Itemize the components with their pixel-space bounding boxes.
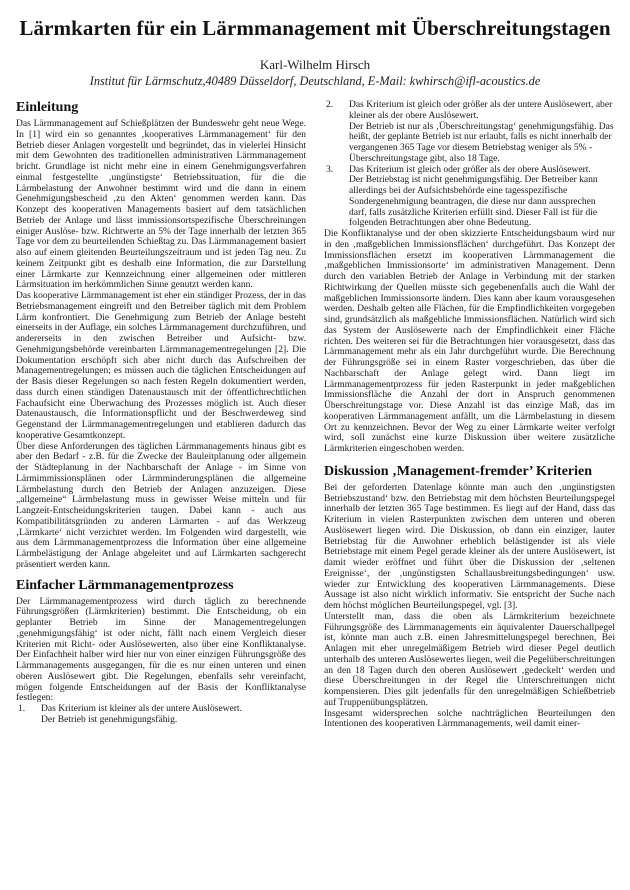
paragraph: Das Lärmmanagement auf Schießplätzen der… [16, 119, 306, 291]
list-item: 3. Das Kriterium ist gleich oder größer … [324, 165, 615, 230]
list-item-consequence: Der Betriebstag ist nicht genehmigungsfä… [349, 175, 615, 229]
section-heading-prozess: Einfacher Lärmmanagementprozess [16, 578, 306, 594]
section-heading-diskussion: Diskussion ‚Management-fremder’ Kriterie… [324, 464, 615, 480]
list-item-consequence: Der Betrieb ist genehmigungsfähig. [41, 715, 306, 726]
right-column: 2. Das Kriterium ist gleich oder größer … [324, 100, 615, 730]
paragraph: Unterstellt man, dass die oben als Lärmk… [324, 612, 615, 709]
list-number: 1. [18, 704, 25, 715]
list-number: 3. [326, 165, 333, 176]
list-item: 1. Das Kriterium ist kleiner als der unt… [16, 704, 306, 726]
author-affiliation: Institut für Lärmschutz,40489 Düsseldorf… [0, 74, 630, 89]
author-name: Karl-Wilhelm Hirsch [0, 57, 630, 73]
section-heading-einleitung: Einleitung [16, 100, 306, 116]
decision-list-continued: 2. Das Kriterium ist gleich oder größer … [324, 100, 615, 229]
paragraph: Insgesamt widersprechen solche nachträgl… [324, 709, 615, 731]
list-item: 2. Das Kriterium ist gleich oder größer … [324, 100, 615, 165]
paragraph: Das kooperative Lärmmanagement ist eher … [16, 291, 306, 442]
list-item-consequence: Der Betrieb ist nur als ‚Überschreitungs… [349, 122, 615, 165]
list-item-condition: Das Kriterium ist gleich oder größer als… [349, 100, 615, 122]
list-number: 2. [326, 100, 333, 111]
decision-list: 1. Das Kriterium ist kleiner als der unt… [16, 704, 306, 726]
paragraph: Bei der geforderten Datenlage könnte man… [324, 483, 615, 612]
paragraph: Der Lärmmanagementprozess wird durch täg… [16, 597, 306, 705]
paper-title: Lärmkarten für ein Lärmmanagement mit Üb… [0, 16, 630, 41]
left-column: Einleitung Das Lärmmanagement auf Schieß… [16, 100, 306, 726]
paragraph: Über diese Anforderungen des täglichen L… [16, 442, 306, 571]
paragraph: Die Konfliktanalyse und der oben skizzie… [324, 229, 615, 455]
